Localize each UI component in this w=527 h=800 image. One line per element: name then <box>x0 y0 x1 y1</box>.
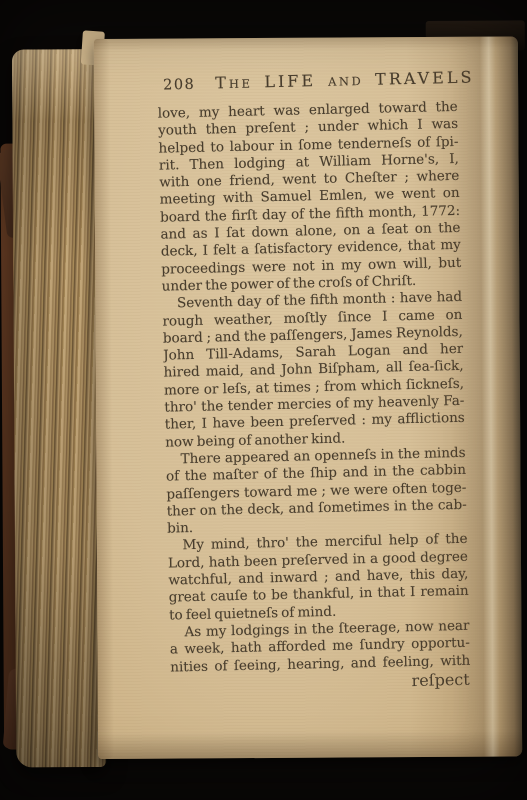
paragraph: love, my heart was enlarged toward theyo… <box>158 99 462 296</box>
page-bottom-shadow <box>98 730 522 759</box>
running-title: THELIFEANDTRAVELS <box>215 67 475 92</box>
book-page: 208 THELIFEANDTRAVELS love, my heart was… <box>94 36 522 759</box>
fore-edge-page-stack <box>12 49 106 768</box>
page-top-shadow <box>94 36 518 51</box>
running-title-segment: TRAVELS <box>375 67 475 88</box>
running-title-segment: HE <box>229 77 253 92</box>
paragraph: Seventh day of the fifth month : have ha… <box>162 289 465 451</box>
page-header: 208 THELIFEANDTRAVELS <box>157 68 457 99</box>
paragraph: As my lodgings in the ſteerage, now near… <box>169 618 470 677</box>
printed-text-block: 208 THELIFEANDTRAVELS love, my heart was… <box>157 68 471 694</box>
page-left-shadow <box>94 39 114 759</box>
paragraph: There appeared an openneſs in the mindso… <box>165 445 467 538</box>
catchword-text: reſpect <box>411 670 470 690</box>
body-text: love, my heart was enlarged toward theyo… <box>158 99 471 676</box>
paragraph: My mind, thro' the merciful help of theL… <box>167 531 469 624</box>
running-title-segment: AND <box>328 74 363 89</box>
running-title-segment: LIFE <box>264 71 316 91</box>
photo-background: 208 THELIFEANDTRAVELS love, my heart was… <box>0 0 527 800</box>
page-number: 208 <box>163 77 196 94</box>
book: 208 THELIFEANDTRAVELS love, my heart was… <box>0 0 527 800</box>
running-title-segment: T <box>215 73 229 92</box>
